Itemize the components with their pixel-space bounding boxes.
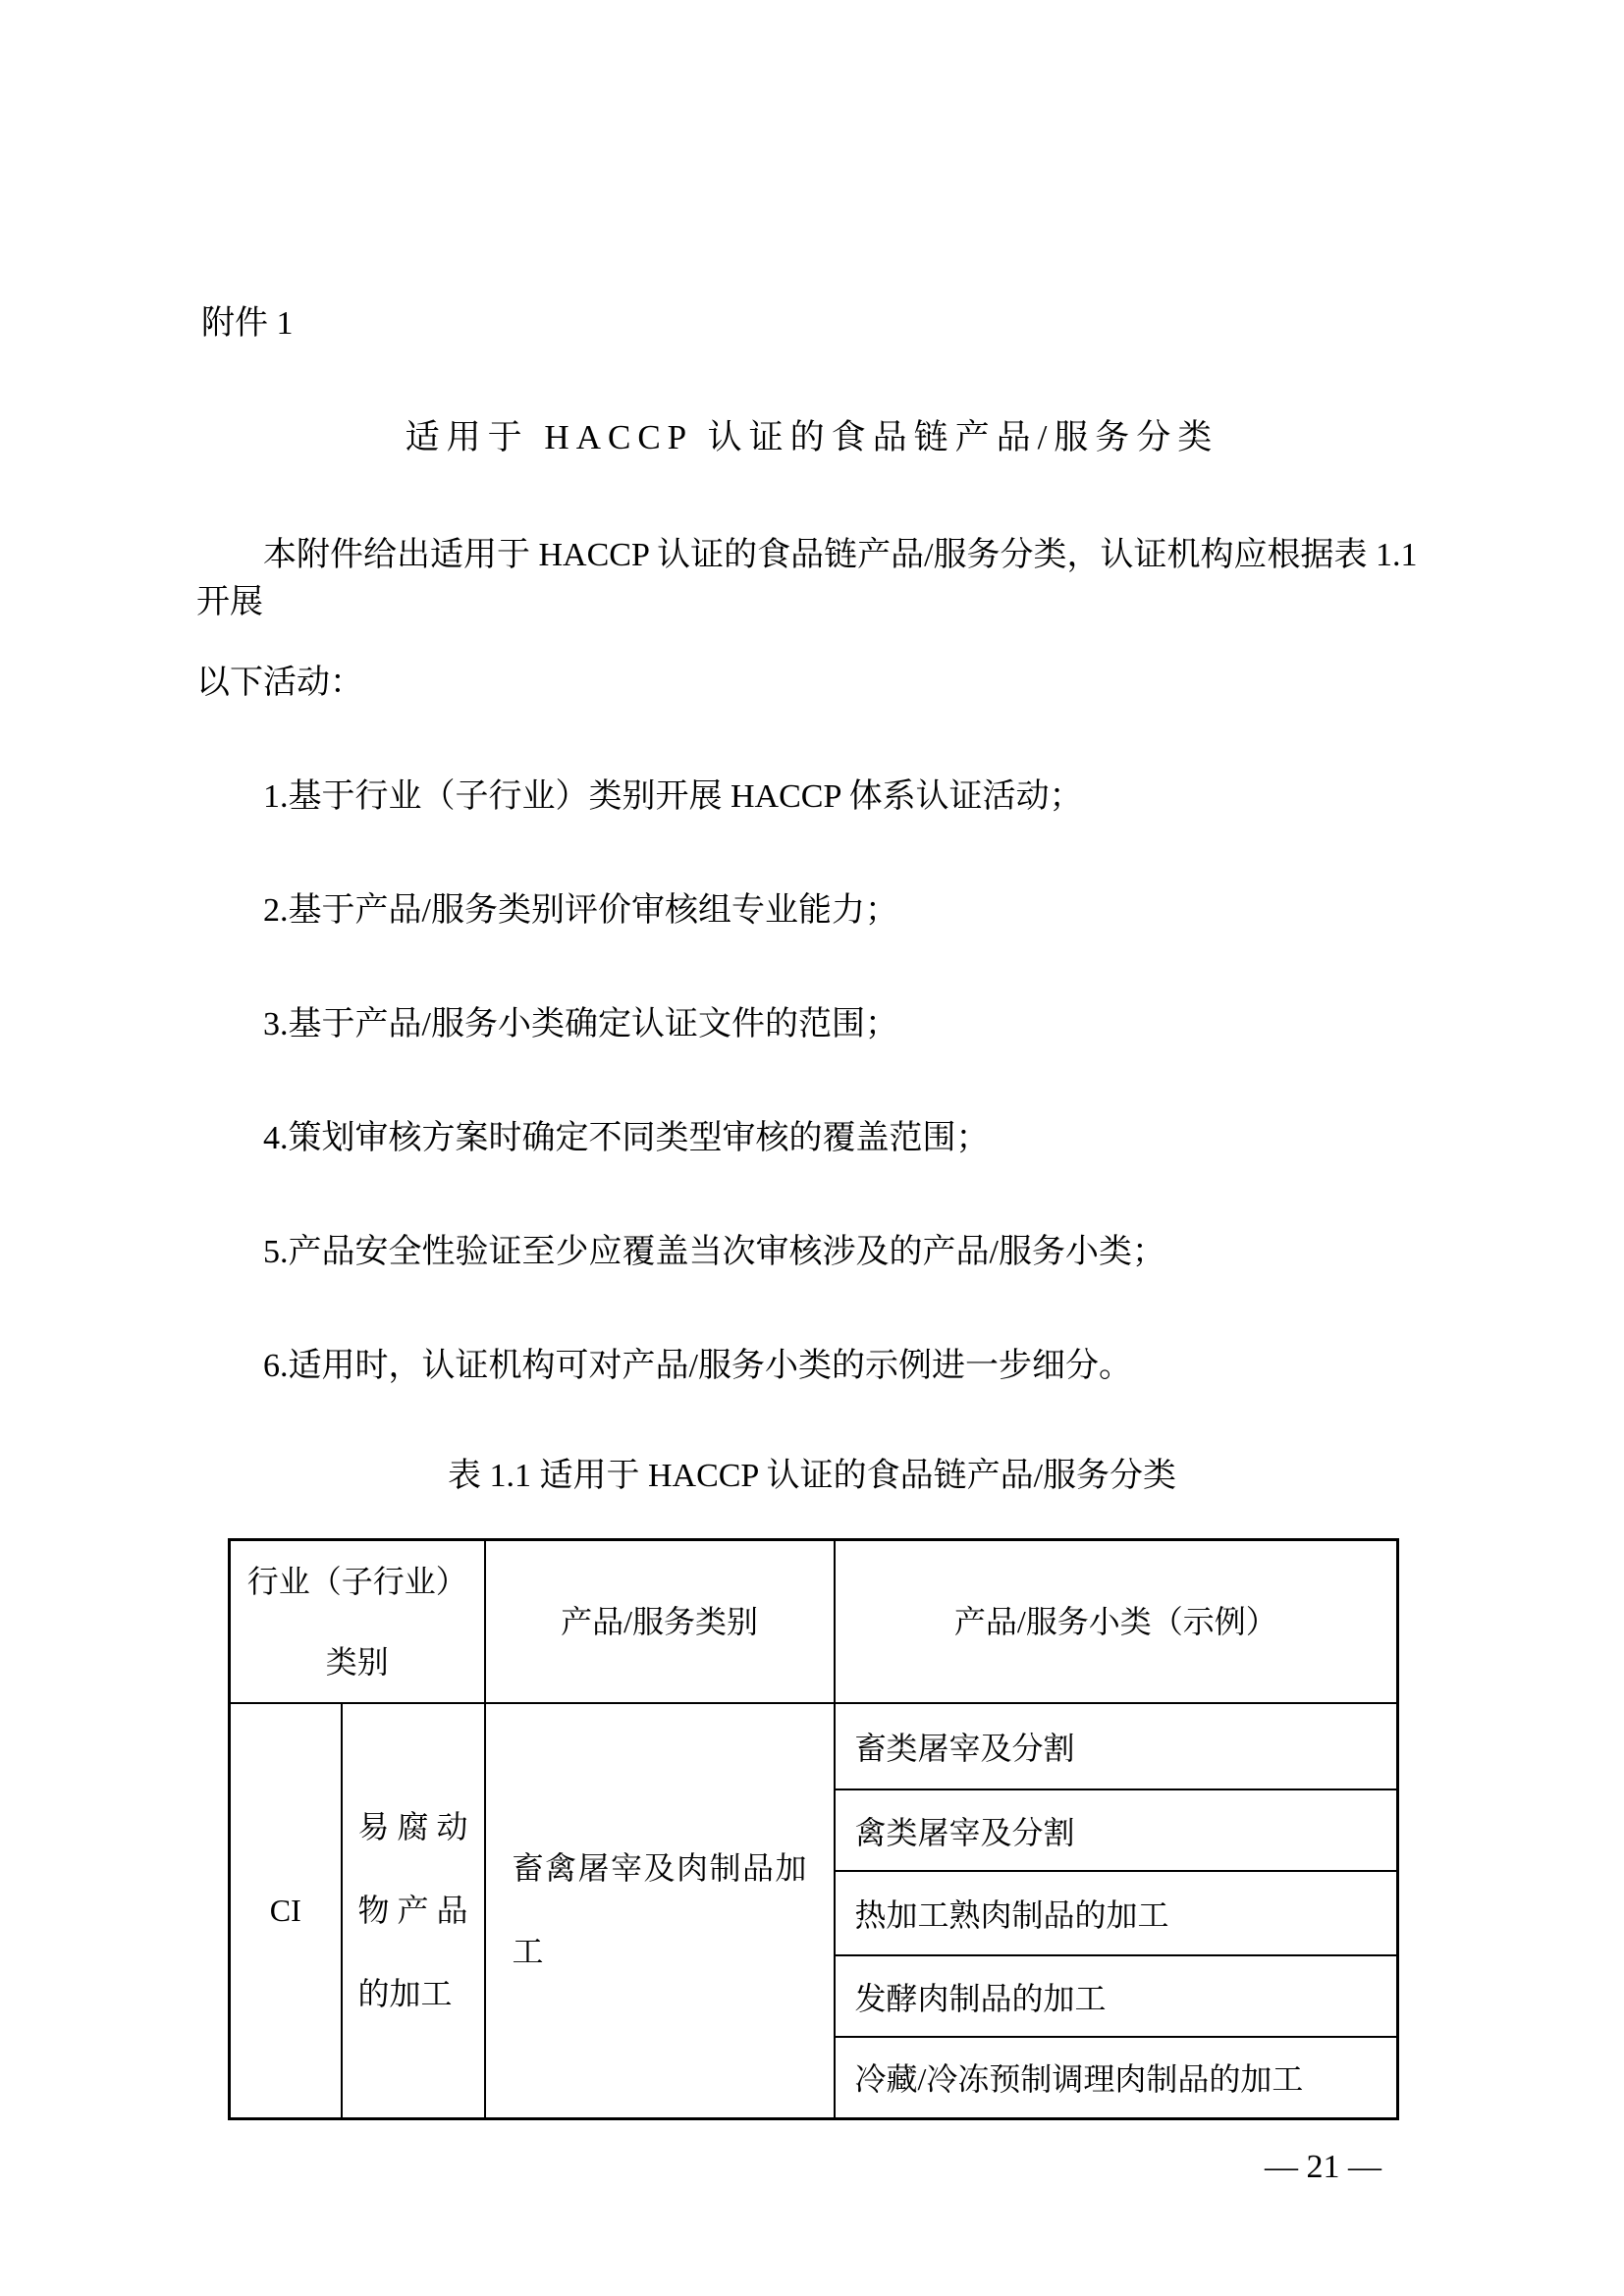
list-item-3: 3.基于产品/服务小类确定认证文件的范围； (196, 1001, 1428, 1048)
list-item-4: 4.策划审核方案时确定不同类型审核的覆盖范围； (196, 1115, 1428, 1162)
list-item-5: 5.产品安全性验证至少应覆盖当次审核涉及的产品/服务小类； (196, 1229, 1428, 1276)
intro-paragraph-line-1: 本附件给出适用于 HACCP 认证的食品链产品/服务分类，认证机构应根据表 1.… (196, 532, 1428, 626)
header-industry-line-2: 类别 (231, 1622, 484, 1702)
cell-industry-code: CI (230, 1703, 342, 2118)
document-title: 适用于 HACCP 认证的食品链产品/服务分类 (0, 414, 1624, 461)
classification-table: 行业（子行业） 类别 产品/服务类别 产品/服务小类（示例） CI 易腐动物产品… (228, 1538, 1399, 2120)
cell-subcategory-2: 禽类屠宰及分割 (835, 1789, 1398, 1871)
cell-subcategory-5: 冷藏/冷冻预制调理肉制品的加工 (835, 2037, 1398, 2118)
list-item-6: 6.适用时，认证机构可对产品/服务小类的示例进一步细分。 (196, 1343, 1428, 1390)
document-page: 附件 1 适用于 HACCP 认证的食品链产品/服务分类 本附件给出适用于 HA… (0, 0, 1624, 2296)
cell-industry-name: 易腐动物产品的加工 (342, 1703, 485, 2118)
header-cell-category: 产品/服务类别 (485, 1540, 835, 1704)
list-item-1: 1.基于行业（子行业）类别开展 HACCP 体系认证活动； (196, 774, 1428, 821)
table-header-row: 行业（子行业） 类别 产品/服务类别 产品/服务小类（示例） (230, 1540, 1398, 1704)
cell-category-name: 畜禽屠宰及肉制品加工 (485, 1703, 835, 2118)
header-industry-line-1: 行业（子行业） (231, 1541, 484, 1622)
cell-subcategory-4: 发酵肉制品的加工 (835, 1955, 1398, 2037)
header-cell-industry: 行业（子行业） 类别 (230, 1540, 485, 1704)
list-item-2: 2.基于产品/服务类别评价审核组专业能力； (196, 887, 1428, 934)
cell-subcategory-3: 热加工熟肉制品的加工 (835, 1871, 1398, 1955)
table-caption: 表 1.1 适用于 HACCP 认证的食品链产品/服务分类 (0, 1453, 1624, 1500)
header-cell-subcategory: 产品/服务小类（示例） (835, 1540, 1398, 1704)
page-number: — 21 — (0, 2144, 1381, 2191)
cell-subcategory-1: 畜类屠宰及分割 (835, 1703, 1398, 1789)
attachment-label: 附件 1 (201, 300, 1624, 347)
intro-paragraph-line-2: 以下活动： (196, 660, 1428, 707)
table-row: CI 易腐动物产品的加工 畜禽屠宰及肉制品加工 畜类屠宰及分割 (230, 1703, 1398, 1789)
